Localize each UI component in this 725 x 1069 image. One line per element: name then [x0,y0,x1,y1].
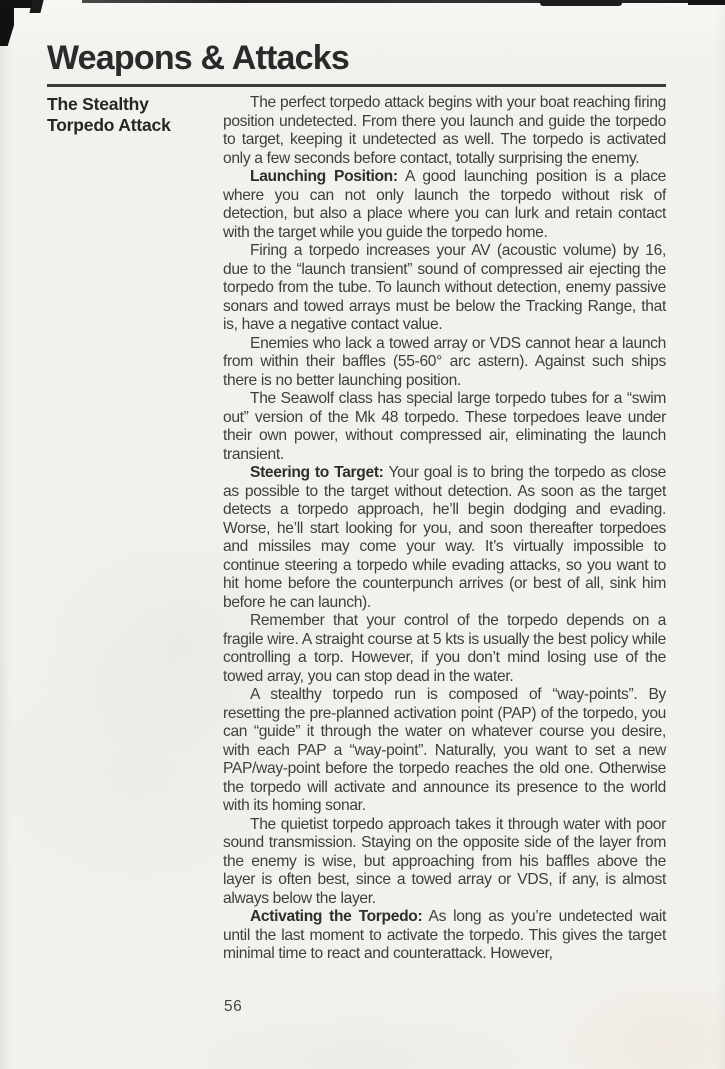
scan-artifact-top-right [688,0,725,5]
page-title: Weapons & Attacks [47,41,349,75]
body-paragraph: Steering to Target: Your goal is to brin… [223,464,666,612]
body-paragraph: Activating the Torpedo: As long as you’r… [223,908,666,964]
paragraph-text: Firing a torpedo increases your AV (acou… [223,242,666,333]
paragraph-lead: Activating the Torpedo: [250,908,422,925]
paragraph-text: The quietist torpedo approach takes it t… [223,816,666,907]
paragraph-text: Remember that your control of the torped… [223,612,666,685]
body-paragraph: The Seawolf class has special large torp… [223,390,666,464]
paragraph-lead: Steering to Target: [250,464,384,481]
body-paragraph: Remember that your control of the torped… [223,612,666,686]
manual-page: Weapons & Attacks The Stealthy Torpedo A… [0,0,725,1069]
scan-artifact-top-thick [540,0,622,6]
paragraph-text: A stealthy torpedo run is composed of “w… [223,686,666,814]
body-paragraph: Launching Position: A good launching pos… [223,168,666,242]
body-paragraph: The quietist torpedo approach takes it t… [223,816,666,909]
paragraph-lead: Launching Position: [250,168,398,185]
paragraph-text: Your goal is to bring the torpedo as clo… [223,464,666,611]
section-heading: The Stealthy Torpedo Attack [47,94,223,135]
body-text: The perfect torpedo attack begins with y… [223,94,666,964]
title-rule [47,84,666,87]
paragraph-text: Enemies who lack a towed array or VDS ca… [223,335,666,389]
body-paragraph: Enemies who lack a towed array or VDS ca… [223,335,666,391]
body-paragraph: Firing a torpedo increases your AV (acou… [223,242,666,335]
paragraph-text: The perfect torpedo attack begins with y… [223,94,666,167]
paragraph-text: The Seawolf class has special large torp… [223,390,666,463]
scan-artifact-top-line [82,0,725,3]
body-paragraph: A stealthy torpedo run is composed of “w… [223,686,666,816]
content-columns: The Stealthy Torpedo Attack The perfect … [47,94,666,964]
body-paragraph: The perfect torpedo attack begins with y… [223,94,666,168]
page-number: 56 [224,998,242,1016]
scan-artifact-top-tab [29,0,43,13]
